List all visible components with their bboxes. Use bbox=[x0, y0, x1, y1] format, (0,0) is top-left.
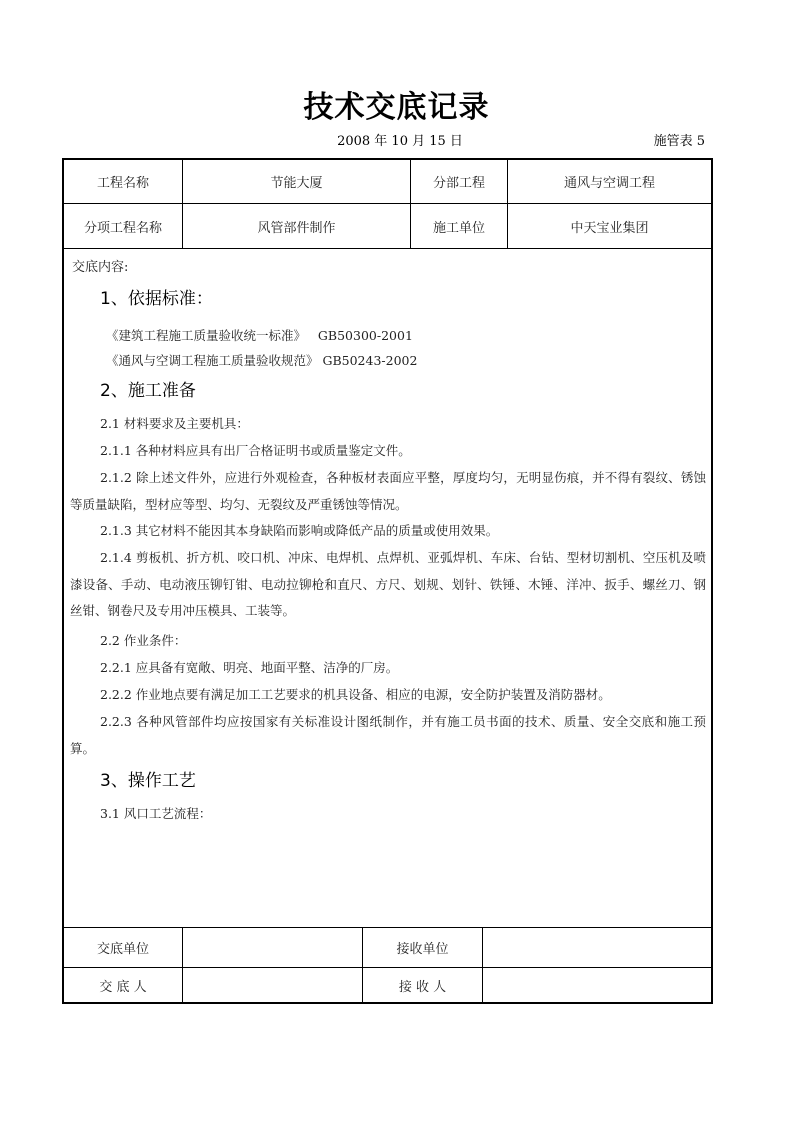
paragraph: 2.2.2 作业地点要有满足加工工艺要求的机具设备、相应的电源，安全防护装置及消… bbox=[70, 682, 706, 709]
division-label: 分部工程 bbox=[411, 160, 507, 203]
receiving-unit-label: 接收单位 bbox=[363, 928, 482, 967]
receiver-label: 接 收 人 bbox=[363, 968, 482, 1002]
handover-person-field[interactable] bbox=[183, 968, 362, 1002]
section-heading-process: 3、操作工艺 bbox=[100, 770, 196, 792]
receiver-field[interactable] bbox=[483, 968, 711, 1002]
divider bbox=[64, 248, 711, 249]
paragraph: 2.2 作业条件： bbox=[70, 628, 706, 655]
section-heading-preparation: 2、施工准备 bbox=[100, 380, 196, 402]
project-name-value: 节能大厦 bbox=[183, 160, 410, 203]
paragraph: 2.1.2 除上述文件外，应进行外观检查，各种板材表面应平整，厚度均匀，无明显伤… bbox=[70, 465, 706, 518]
section-heading-standards: 1、依据标准： bbox=[100, 288, 213, 310]
document-date: 2008 年 10 月 15 日 bbox=[300, 133, 500, 151]
standard-item: 《建筑工程施工质量验收统一标准》 GB50300-2001 bbox=[106, 327, 413, 345]
project-name-label: 工程名称 bbox=[64, 160, 182, 203]
form-number: 施管表 5 bbox=[654, 133, 705, 151]
paragraph: 2.1 材料要求及主要机具： bbox=[70, 411, 706, 438]
handover-person-label: 交 底 人 bbox=[64, 968, 182, 1002]
handover-unit-field[interactable] bbox=[183, 928, 362, 967]
paragraph: 2.1.3 其它材料不能因其本身缺陷而影响或降低产品的质量或使用效果。 bbox=[70, 518, 706, 545]
division-value: 通风与空调工程 bbox=[508, 160, 711, 203]
contractor-label: 施工单位 bbox=[411, 204, 507, 248]
document-title: 技术交底记录 bbox=[0, 86, 793, 130]
content-label: 交底内容: bbox=[72, 256, 128, 275]
paragraph: 3.1 风口工艺流程： bbox=[70, 801, 706, 828]
paragraph: 2.1.1 各种材料应具有出厂合格证明书或质量鉴定文件。 bbox=[70, 438, 706, 465]
paragraph: 2.1.4 剪板机、折方机、咬口机、冲床、电焊机、点焊机、亚弧焊机、车床、台钻、… bbox=[70, 545, 706, 625]
receiving-unit-field[interactable] bbox=[483, 928, 711, 967]
standard-item: 《通风与空调工程施工质量验收规范》 GB50243-2002 bbox=[106, 352, 417, 370]
handover-unit-label: 交底单位 bbox=[64, 928, 182, 967]
paragraph: 2.2.1 应具备有宽敞、明亮、地面平整、洁净的厂房。 bbox=[70, 655, 706, 682]
contractor-value: 中天宝业集团 bbox=[508, 204, 711, 248]
subitem-label: 分项工程名称 bbox=[64, 204, 182, 248]
paragraph: 2.2.3 各种风管部件均应按国家有关标准设计图纸制作，并有施工员书面的技术、质… bbox=[70, 709, 706, 762]
subitem-value: 风管部件制作 bbox=[183, 204, 410, 248]
